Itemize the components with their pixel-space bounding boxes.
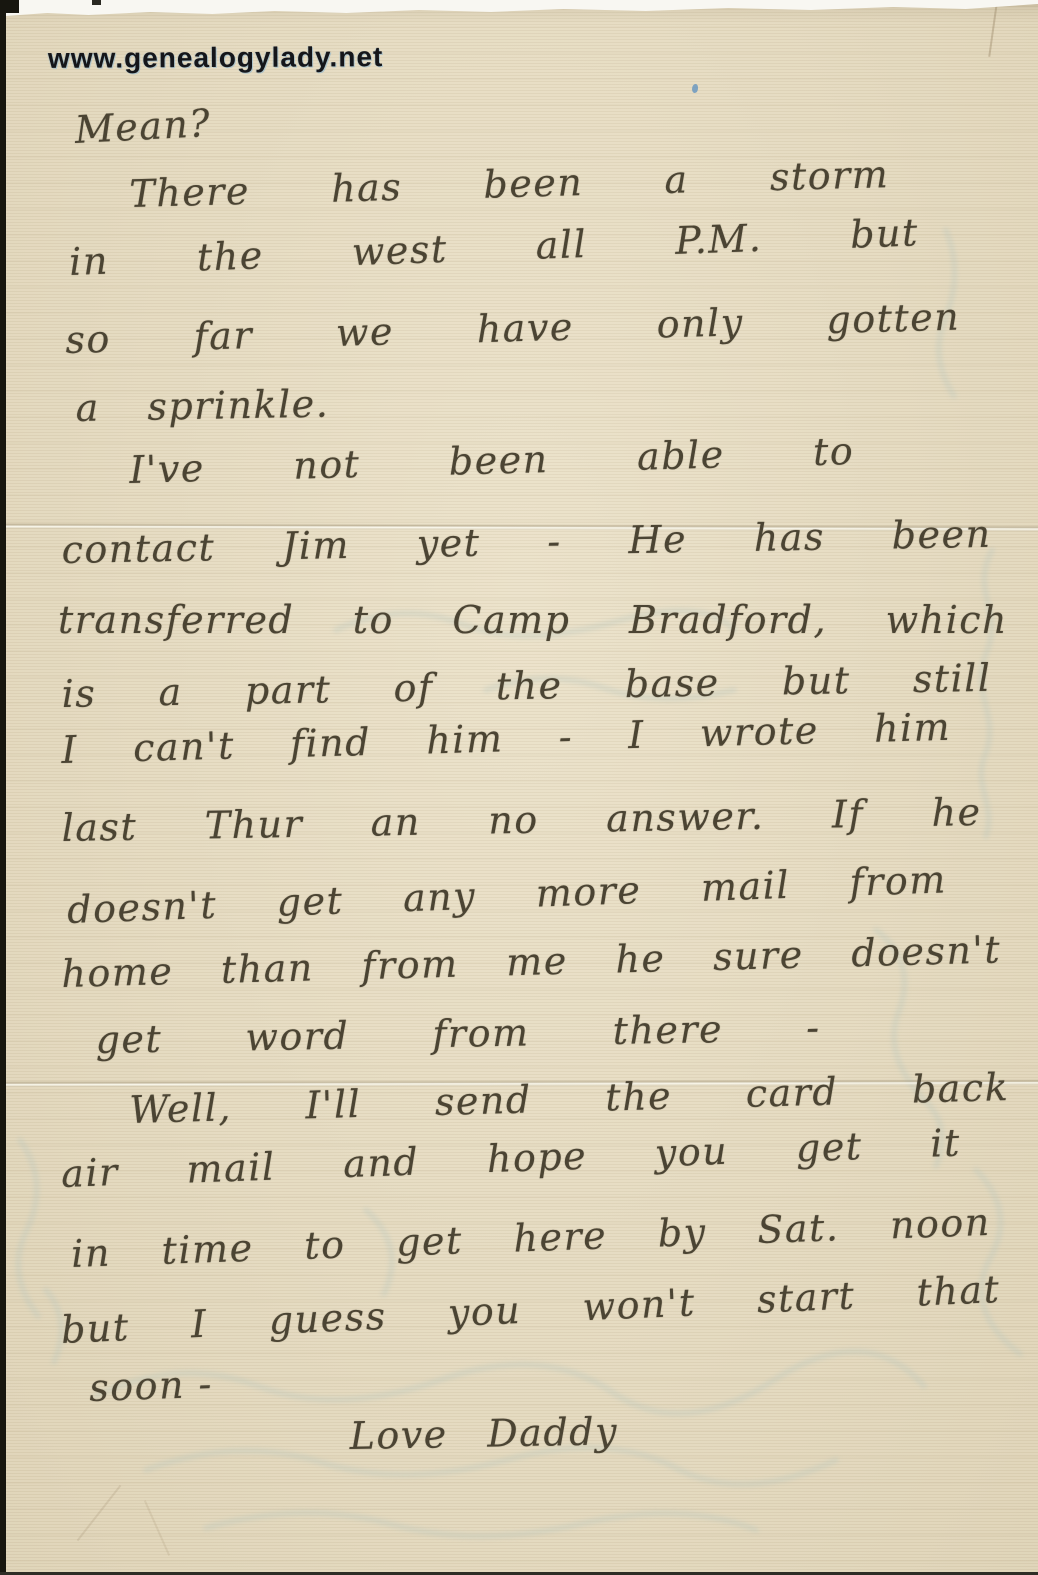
scan-edge-left — [0, 0, 6, 1575]
scanned-letter-page: www.genealogylady.net Mean? There has be… — [0, 0, 1038, 1575]
letter-paper: www.genealogylady.net Mean? There has be… — [6, 0, 1038, 1573]
letter-line-16: air mail and hope you get it — [60, 1121, 961, 1196]
watermark-text: www.genealogylady.net — [48, 41, 383, 75]
letter-line-8: transferred to Camp Bradford, which — [58, 598, 1008, 642]
letter-line-6: I've not been able to — [129, 429, 855, 492]
blue-ink-speck — [692, 84, 698, 93]
signature: Love Daddy — [349, 1409, 618, 1458]
letter-line-11: last Thur an no answer. If he — [61, 790, 982, 850]
wrinkle-mark — [77, 1485, 122, 1541]
scan-edge-nub — [92, 0, 101, 5]
letter-line-3: in the west all P.M. but — [68, 210, 919, 284]
letter-line-1: Mean? — [74, 101, 213, 152]
scan-edge-top-left — [0, 0, 19, 13]
letter-line-7: contact Jim yet - He has been — [61, 512, 992, 572]
corner-crease — [988, 3, 997, 57]
letter-line-19: soon - — [88, 1362, 213, 1410]
letter-line-12: doesn't get any more mail from — [66, 857, 947, 932]
letter-line-10: I can't find him - I wrote him — [61, 705, 952, 772]
letter-line-14: get word from there - — [95, 1005, 821, 1062]
wrinkle-mark — [144, 1500, 170, 1556]
letter-line-13: home than from me he sure doesn't — [61, 927, 1002, 996]
letter-line-15: Well, I'll send the card back — [129, 1065, 1010, 1132]
letter-line-5: a sprinkle. — [75, 382, 329, 430]
letter-line-4: so far we have only gotten — [65, 295, 961, 362]
letter-line-2: There has been a storm — [129, 152, 890, 216]
letter-line-17: in time to get here by Sat. noon — [70, 1200, 991, 1276]
letter-line-18: but I guess you won't start that — [60, 1267, 1001, 1352]
